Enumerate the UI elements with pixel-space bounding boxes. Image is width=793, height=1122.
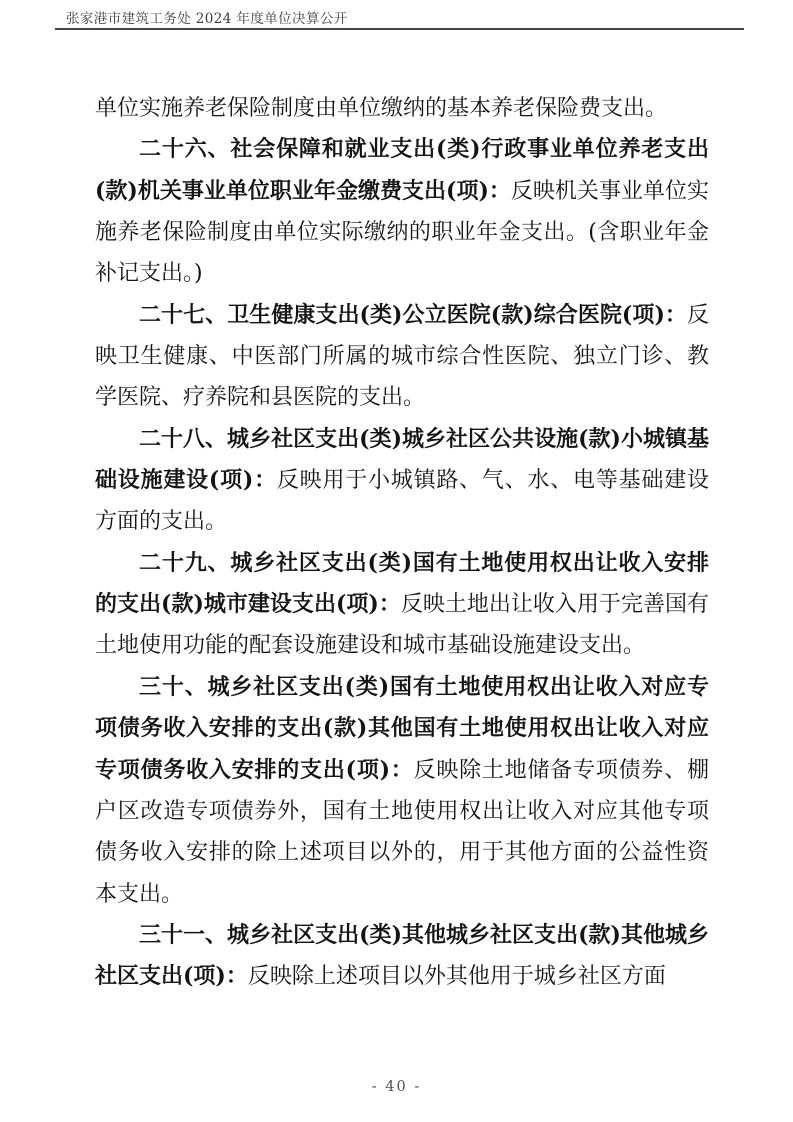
document-page: 张家港市建筑工务处 2024 年度单位决算公开 单位实施养老保险制度由单位缴纳的… xyxy=(0,0,793,1122)
page-number: - 40 - xyxy=(372,1079,421,1095)
paragraph-text: 单位实施养老保险制度由单位缴纳的基本养老保险费支出。 xyxy=(95,96,667,121)
header-rule xyxy=(55,28,744,30)
header-title: 张家港市建筑工务处 2024 年度单位决算公开 xyxy=(66,12,744,27)
paragraph: 三十、城乡社区支出(类)国有土地使用权出让收入对应专项债务收入安排的支出(款)其… xyxy=(95,667,709,915)
paragraph-lead: 二十七、卫生健康支出(类)公立医院(款)综合医院(项)： xyxy=(139,302,687,328)
document-body: 单位实施养老保险制度由单位缴纳的基本养老保险费支出。二十六、社会保障和就业支出(… xyxy=(95,88,709,998)
paragraph: 二十六、社会保障和就业支出(类)行政事业单位养老支出(款)机关事业单位职业年金缴… xyxy=(95,129,709,294)
paragraph: 二十七、卫生健康支出(类)公立医院(款)综合医院(项)：反映卫生健康、中医部门所… xyxy=(95,295,709,419)
paragraph: 三十一、城乡社区支出(类)其他城乡社区支出(款)其他城乡社区支出(项)：反映除上… xyxy=(95,915,709,998)
page-header: 张家港市建筑工务处 2024 年度单位决算公开 xyxy=(55,12,744,30)
paragraph: 二十九、城乡社区支出(类)国有土地使用权出让收入安排的支出(款)城市建设支出(项… xyxy=(95,543,709,667)
page-footer: - 40 - xyxy=(0,1076,793,1095)
paragraph: 二十八、城乡社区支出(类)城乡社区公共设施(款)小城镇基础设施建设(项)：反映用… xyxy=(95,419,709,543)
paragraph: 单位实施养老保险制度由单位缴纳的基本养老保险费支出。 xyxy=(95,88,709,129)
paragraph-text: 反映除上述项目以外其他用于城乡社区方面 xyxy=(248,964,666,989)
